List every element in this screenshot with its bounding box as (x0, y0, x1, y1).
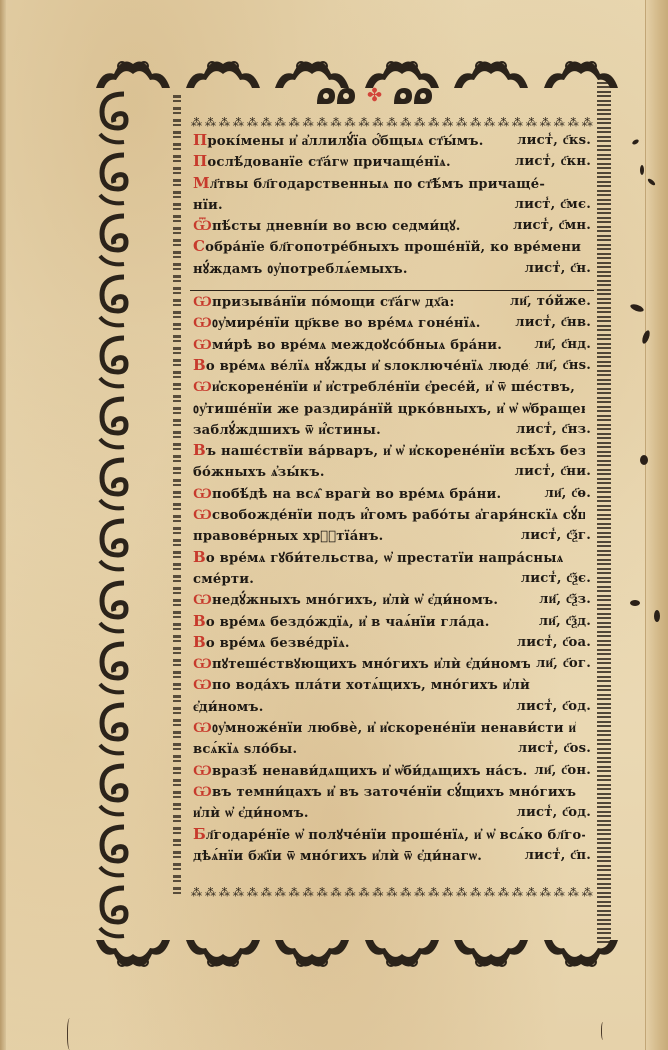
page-ref: лист̾, с҃мн. (507, 215, 591, 236)
scroll-ornament-icon (94, 334, 130, 390)
page-ref: лист̾, с҃оа. (511, 632, 591, 653)
rubric-initial: С (193, 237, 205, 255)
toc-entry: бо́жныхъ ѧ҆зы́къ.лист̾, с҃ни. (193, 461, 591, 482)
toc-entry: нїи.лист̾, с҃мє. (193, 194, 591, 215)
ink-stain (640, 165, 644, 175)
toc-entry: є҆ди́номъ.лист̾, с҃од. (193, 696, 591, 717)
page-ref (585, 547, 591, 568)
bottom-ornamental-border (92, 938, 622, 980)
rubric-initial: Ѡ (193, 654, 212, 672)
entry-text: ъ нашє́ствїи ва́рваръ, и҆ ѡ҆ и҆скорене́н… (206, 444, 585, 459)
toc-entry: Бл҃годаре́нїе ѡ҆ полꙋче́нїи проше́нїѧ, и… (193, 824, 591, 845)
page-ref: ли҃, с҃ѳ. (538, 483, 591, 504)
horizontal-rule (190, 290, 594, 291)
scroll-ornament-icon (94, 90, 130, 146)
rubric-initial: Ѡ (193, 505, 212, 523)
toc-entry: Во вре́мѧ гꙋби́тельства, ѡ҆ престатїи на… (193, 547, 591, 568)
bottom-fleuron-row: ⁂⁂⁂⁂⁂⁂⁂⁂⁂⁂⁂⁂⁂⁂⁂⁂⁂⁂⁂⁂⁂⁂⁂⁂⁂⁂⁂⁂⁂ (190, 887, 594, 899)
entry-text: ᲂу҆множе́нїи любвѐ, и҆ и҆скорене́нїи нен… (212, 721, 576, 736)
toc-entry: сме́рти.лист̾, с҃ѯє. (193, 568, 591, 589)
scroll-ornament-icon (94, 701, 130, 757)
entry-text: въ темни́цахъ и҆ въ заточе́нїи сꙋ́щихъ м… (212, 785, 576, 800)
scroll-ornament-icon (182, 938, 264, 976)
page-ref: лист̾, с҃нз. (510, 419, 591, 440)
ink-stain (631, 139, 639, 146)
page-ref: ли҃, то́йже. (504, 291, 591, 312)
rubric-initial: П (193, 152, 207, 170)
entry-text: и҆скорене́нїи и҆ и҆стребле́нїи є҆ресе́й,… (212, 380, 575, 395)
scroll-ornament-icon (450, 938, 532, 976)
page-ref (585, 376, 591, 397)
entry-text: правове́рных хрⷭ҇тїа́нъ. (193, 529, 383, 544)
rubric-initial: Ѡ (193, 484, 212, 502)
scroll-ornament-icon (94, 762, 130, 818)
page-ref: лист̾, с҃нв. (509, 312, 591, 333)
toc-entry: Въ нашє́ствїи ва́рваръ, и҆ ѡ҆ и҆скорене́… (193, 440, 591, 461)
toc-entry: заблꙋ́ждшихъ ѿ и҆́стины.лист̾, с҃нз. (193, 419, 591, 440)
headpiece-ornament-icon (315, 86, 357, 106)
rubric-initial: М (193, 174, 210, 192)
page-ref (585, 781, 591, 802)
headpiece: ✤ (315, 86, 434, 106)
entry-text: ослѣ́дованїе ст҃а́гѡ причаще́нїѧ. (207, 155, 450, 170)
rubric-initial: Ѡ (193, 718, 212, 736)
entry-text: л҃годаре́нїе ѡ҆ полꙋче́нїи проше́нїѧ, и҆… (206, 828, 585, 843)
entry-text: є҆ди́номъ. (193, 700, 263, 715)
ink-stain (654, 610, 660, 622)
scroll-ornament-icon (94, 823, 130, 879)
toc-entry: Послѣ́дованїе ст҃а́гѡ причаще́нїѧ.лист̾,… (193, 151, 591, 172)
scroll-ornament-icon (94, 579, 130, 635)
page-edge-left (0, 0, 6, 1050)
page-ref: лист̾, с҃ѯг. (515, 525, 591, 546)
scroll-ornament-icon (94, 151, 130, 207)
rubric-initial: Ѿ (193, 216, 212, 234)
entry-text: дѣѧ́нїи бж҃їи ѿ мно́гихъ и҆лѝ ѿ є҆ди́наг… (193, 849, 482, 864)
page-ref (585, 398, 591, 419)
top-fleuron-row: ⁂⁂⁂⁂⁂⁂⁂⁂⁂⁂⁂⁂⁂⁂⁂⁂⁂⁂⁂⁂⁂⁂⁂⁂⁂⁂⁂⁂⁂ (190, 117, 594, 129)
toc-entry: Ѿпѣ́сты дневні́и во всю седми́цꙋ.лист̾, … (193, 215, 591, 236)
page-ref: лист̾, с҃кн. (509, 151, 591, 172)
page-ref (585, 440, 591, 461)
entry-text: о вре́мѧ безве́дрїѧ. (206, 636, 350, 651)
entry-text: по вода́хъ пла́ти хотѧ́щихъ, мно́гихъ и҆… (212, 678, 530, 693)
rubric-initial: В (193, 441, 206, 459)
scroll-ornament-icon (94, 517, 130, 573)
page-ref (585, 824, 591, 845)
toc-entry: Ѡсвобожде́нїи подъ и҆́гомъ рабо́ты а҆гар… (193, 504, 591, 525)
entry-text: ми́рѣ во вре́мѧ междоꙋсо́бныѧ бра́ни. (212, 338, 502, 353)
entry-text: свобожде́нїи подъ и҆́гомъ рабо́ты а҆гаря… (212, 508, 585, 523)
entry-text: заблꙋ́ждшихъ ѿ и҆́стины. (193, 423, 381, 438)
entry-text: обра́нїе бл҃гопотре́бныхъ проше́нїй, ко … (205, 240, 585, 255)
toc-entry: нꙋ́ждамъ ᲂу҆потреблѧ́емыхъ.лист̾, с҃н. (193, 258, 591, 279)
entry-text: пѣ́сты дневні́и во всю седми́цꙋ. (212, 219, 461, 234)
page-ref (585, 236, 591, 257)
toc-entry: Ѡвъ темни́цахъ и҆ въ заточе́нїи сꙋ́щихъ … (193, 781, 591, 802)
scroll-ornament-icon (182, 52, 264, 90)
toc-entry: Ѡнедꙋ́жныхъ мно́гихъ, и҆лѝ ѡ҆ є҆ди́номъ.… (193, 589, 591, 610)
page-ref: лист̾, с҃ни. (509, 461, 591, 482)
rubric-initial: Ѡ (193, 675, 212, 693)
entry-text: и҆лѝ ѡ҆ є҆ди́номъ. (193, 806, 309, 821)
inner-fleuron-column (170, 95, 184, 895)
scroll-ornament-icon (94, 884, 130, 940)
page-ref (585, 504, 591, 525)
scroll-ornament-icon (94, 640, 130, 696)
entry-text: нїи. (193, 198, 223, 213)
red-rosette-icon: ✤ (367, 86, 382, 106)
top-ornamental-border (92, 52, 622, 90)
rubric-initial: Ѡ (193, 313, 212, 331)
rubric-initial: Ѡ (193, 377, 212, 395)
entry-text: ᲂу҆тише́нїи же раздира́нїй црко́вныхъ, и… (193, 402, 585, 417)
scroll-ornament-icon (450, 52, 532, 90)
page-ref (585, 674, 591, 695)
rubric-initial: В (193, 633, 206, 651)
pencil-mark (601, 1022, 606, 1040)
toc-entry: Ѡми́рѣ во вре́мѧ междоꙋсо́бныѧ бра́ни.ли… (193, 334, 591, 355)
entry-text: пꙋтеше́ствꙋющихъ мно́гихъ и҆лѝ є҆ди́номъ… (212, 657, 530, 672)
rubric-initial: Ѡ (193, 761, 212, 779)
page-ref: ли҃, с҃ог. (530, 653, 591, 674)
toc-entry: Ѡпꙋтеше́ствꙋющихъ мно́гихъ и҆лѝ є҆ди́ном… (193, 653, 591, 674)
rubric-initial: Б (193, 825, 206, 843)
scroll-ornament-icon (271, 52, 353, 90)
ink-stain (629, 303, 644, 313)
page-edge-right (645, 0, 668, 1050)
toc-entry: Прокі́мены и҆ а҆ллилꙋ́їа ѻ҆́бщыѧ ст҃ы́мъ… (193, 130, 591, 151)
scroll-ornament-icon (94, 273, 130, 329)
page-ref (585, 173, 591, 194)
entry-text: нꙋ́ждамъ ᲂу҆потреблѧ́емыхъ. (193, 262, 408, 277)
scroll-ornament-icon (94, 456, 130, 512)
toc-entry: Мл҃твы бл҃годарственныѧ по ст҃ѣ́мъ прича… (193, 173, 591, 194)
rubric-initial: В (193, 612, 206, 630)
toc-entry: Ѡпобѣ́дѣ на всѧ̑ врагѝ во вре́мѧ бра́ни.… (193, 483, 591, 504)
entry-text: побѣ́дѣ на всѧ̑ врагѝ во вре́мѧ бра́ни. (212, 487, 501, 502)
toc-entry: Ѡвразѣ́ ненави́дѧщихъ и҆ ѡ҆би́дѧщихъ на́… (193, 760, 591, 781)
scroll-ornament-icon (92, 938, 174, 976)
entry-text: о вре́мѧ гꙋби́тельства, ѡ҆ престатїи нап… (206, 551, 564, 566)
toc-entry: Во вре́мѧ бездо́ждїѧ, и҆ в чаѧ́нїи гла́д… (193, 611, 591, 632)
page-ref: лист̾, с҃п. (519, 845, 591, 866)
rubric-initial: Ѡ (193, 335, 212, 353)
toc-entry: Во вре́мѧ ве́лїѧ нꙋ́жды и҆ ѕлоключе́нїѧ … (193, 355, 591, 376)
rubric-initial: В (193, 356, 206, 374)
page-ref: лист̾, с҃од. (511, 802, 592, 823)
entry-text: сме́рти. (193, 572, 254, 587)
entry-text: недꙋ́жныхъ мно́гихъ, и҆лѝ ѡ҆ є҆ди́номъ. (212, 593, 498, 608)
toc-entry: Ѡпо вода́хъ пла́ти хотѧ́щихъ, мно́гихъ и… (193, 674, 591, 695)
page-ref: ли҃, с҃ѯд. (533, 611, 591, 632)
toc-entry: Во вре́мѧ безве́дрїѧ.лист̾, с҃оа. (193, 632, 591, 653)
scroll-ornament-icon (94, 212, 130, 268)
toc-entry: дѣѧ́нїи бж҃їи ѿ мно́гихъ и҆лѝ ѿ є҆ди́наг… (193, 845, 591, 866)
scroll-ornament-icon (271, 938, 353, 976)
right-ornamental-border (597, 82, 611, 944)
rubric-initial: Ѡ (193, 590, 212, 608)
page-ref: лист̾, с҃оѕ. (512, 738, 591, 759)
page-ref: ли҃, с҃он. (528, 760, 591, 781)
entry-text: л҃твы бл҃годарственныѧ по ст҃ѣ́мъ причащ… (210, 177, 545, 192)
toc-entry: Ѡпризыва́нїи по́мощи ст҃а́гѡ дх҃а:ли҃, т… (193, 291, 591, 312)
toc-entry: Ѡᲂу҆мире́нїи цр҃кве во вре́мѧ гоне́нїѧ.л… (193, 312, 591, 333)
ink-stain (630, 600, 640, 606)
page-ref: ли҃, с҃нд. (528, 334, 591, 355)
toc-entry: всѧ́кїѧ ѕло́бы.лист̾, с҃оѕ. (193, 738, 591, 759)
toc-entry: Ѡᲂу҆множе́нїи любвѐ, и҆ и҆скорене́нїи не… (193, 717, 591, 738)
page-ref: лист̾, с҃кѕ. (511, 130, 591, 151)
rubric-initial: Ѡ (193, 292, 212, 310)
page-ref: лист̾, с҃н. (519, 258, 591, 279)
rubric-initial: Ѡ (193, 782, 212, 800)
toc-entry: правове́рных хрⷭ҇тїа́нъ.лист̾, с҃ѯг. (193, 525, 591, 546)
toc-entry: Ѡи҆скорене́нїи и҆ и҆стребле́нїи є҆ресе́й… (193, 376, 591, 397)
entry-text: призыва́нїи по́мощи ст҃а́гѡ дх҃а: (212, 295, 455, 310)
toc-entry: и҆лѝ ѡ҆ є҆ди́номъ.лист̾, с҃од. (193, 802, 591, 823)
entry-text: бо́жныхъ ѧ҆зы́къ. (193, 465, 325, 480)
ink-stain (640, 455, 648, 465)
page-ref: лист̾, с҃ѯє. (515, 568, 591, 589)
rubric-initial: В (193, 548, 206, 566)
headpiece-ornament-icon (392, 86, 434, 106)
entry-text: о вре́мѧ ве́лїѧ нꙋ́жды и҆ ѕлоключе́нїѧ л… (206, 359, 530, 374)
scroll-ornament-icon (94, 395, 130, 451)
page-ref: ли҃, с҃нѕ. (530, 355, 591, 376)
toc-entry: Собра́нїе бл҃гопотре́бныхъ проше́нїй, ко… (193, 236, 591, 257)
rubric-initial: П (193, 131, 207, 149)
page-ref (585, 717, 591, 738)
entry-text: вразѣ́ ненави́дѧщихъ и҆ ѡ҆би́дѧщихъ на́с… (212, 764, 527, 779)
pencil-mark (67, 1018, 74, 1050)
toc-entry: ᲂу҆тише́нїи же раздира́нїй црко́вныхъ, и… (193, 398, 591, 419)
entry-text: ᲂу҆мире́нїи цр҃кве во вре́мѧ гоне́нїѧ. (212, 316, 481, 331)
entry-text: рокі́мены и҆ а҆ллилꙋ́їа ѻ҆́бщыѧ ст҃ы́мъ. (207, 134, 483, 149)
scroll-ornament-icon (361, 938, 443, 976)
page-ref: лист̾, с҃мє. (509, 194, 591, 215)
entry-text: о вре́мѧ бездо́ждїѧ, и҆ в чаѧ́нїи гла́да… (206, 615, 490, 630)
page-ref: ли҃, с҃ѯз. (533, 589, 591, 610)
scroll-ornament-icon (92, 52, 174, 90)
entry-text: всѧ́кїѧ ѕло́бы. (193, 742, 297, 757)
table-of-contents: Прокі́мены и҆ а҆ллилꙋ́їа ѻ҆́бщыѧ ст҃ы́мъ… (193, 130, 591, 866)
left-ornamental-border (92, 90, 132, 940)
page-ref: лист̾, с҃од. (511, 696, 592, 717)
scroll-ornament-icon (540, 938, 622, 976)
